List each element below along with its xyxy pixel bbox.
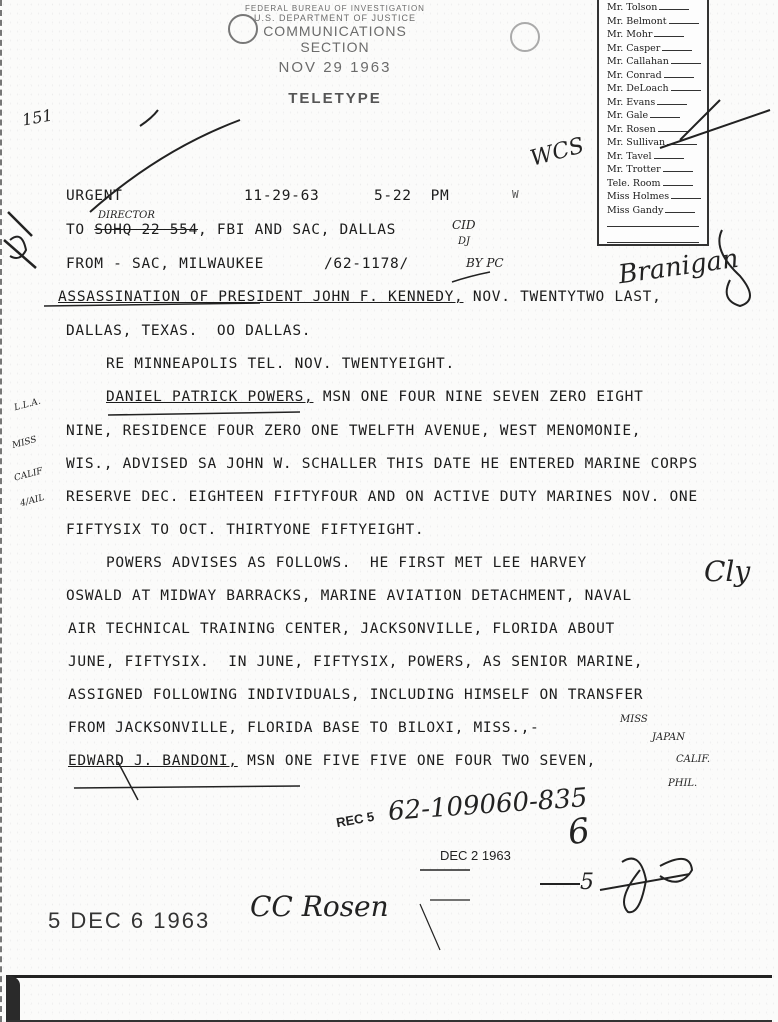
routing-name-label: Mr. Trotter xyxy=(607,164,661,175)
stamp-agency: FEDERAL BUREAU OF INVESTIGATION xyxy=(240,4,430,13)
body-line: FROM JACKSONVILLE, FLORIDA BASE TO BILOX… xyxy=(68,720,540,736)
initial-blank xyxy=(665,212,695,213)
initial-blank xyxy=(659,9,689,10)
rec-stamp: REC 5 xyxy=(335,809,375,830)
stamp-section: COMMUNICATIONS SECTION xyxy=(240,23,430,55)
initial-blank xyxy=(658,131,688,132)
routing-name: Mr. Tavel xyxy=(607,150,707,164)
stamp-date: NOV 29 1963 xyxy=(240,59,430,76)
handwritten-mid-3: BY PC xyxy=(466,256,504,270)
routing-name-label: Mr. Tavel xyxy=(607,151,652,162)
received-date-stamp: DEC 2 1963 xyxy=(440,848,511,863)
initial-blank xyxy=(663,171,693,172)
file-suffix-handwritten: 6 xyxy=(565,811,592,854)
routing-name-label: Mr. Gale xyxy=(607,110,648,121)
from-line: FROM - SAC, MILWAUKEE xyxy=(66,256,264,272)
routing-name: Mr. Callahan xyxy=(607,55,707,69)
page-mark: 5 xyxy=(580,870,594,895)
routing-name: Mr. Trotter xyxy=(607,163,707,177)
body-line: OSWALD AT MIDWAY BARRACKS, MARINE AVIATI… xyxy=(66,588,632,604)
body-line: POWERS ADVISES AS FOLLOWS. HE FIRST MET … xyxy=(106,555,587,571)
routing-name-label: Mr. Belmont xyxy=(607,16,667,27)
initial-blank xyxy=(671,90,701,91)
routing-slip: Mr. TolsonMr. BelmontMr. MohrMr. CasperM… xyxy=(597,0,709,246)
route-marker: W xyxy=(512,188,519,201)
initial-blank xyxy=(663,185,693,186)
initial-blank xyxy=(657,104,687,105)
priority: URGENT xyxy=(66,188,123,204)
file-number: /62-1178/ xyxy=(324,256,409,272)
handwritten-signature: Branigan xyxy=(617,244,741,291)
routing-name-label: Mr. Tolson xyxy=(607,2,657,13)
stamp-seal-icon xyxy=(510,22,540,52)
routing-name-label: Miss Holmes xyxy=(607,191,669,202)
body-line: ASSIGNED FOLLOWING INDIVIDUALS, INCLUDIN… xyxy=(68,687,643,703)
routing-name-label: Mr. Casper xyxy=(607,43,660,54)
subject-line: ASSASSINATION OF PRESIDENT JOHN F. KENNE… xyxy=(58,289,662,305)
body-line: RESERVE DEC. EIGHTEEN FIFTYFOUR AND ON A… xyxy=(66,489,698,505)
routing-name-label: Mr. Sullivan xyxy=(607,137,665,148)
stamp-type: TELETYPE xyxy=(240,90,430,107)
handwritten-mid-1: CID xyxy=(452,218,476,232)
subject-date: NOV. TWENTYTWO LAST, xyxy=(463,289,661,305)
body-line: WIS., ADVISED SA JOHN W. SCHALLER THIS D… xyxy=(66,456,698,472)
to-recipients: , FBI AND SAC, DALLAS xyxy=(198,222,396,238)
individual-name: EDWARD J. BANDONI, xyxy=(68,753,238,769)
routing-name: Mr. Conrad xyxy=(607,69,707,83)
file-number-handwritten: 62-109060-835 xyxy=(387,783,588,827)
margin-note: CALIF. xyxy=(676,754,710,765)
stamp-department: U.S. DEPARTMENT OF JUSTICE xyxy=(240,13,430,23)
initial-blank xyxy=(669,23,699,24)
routing-name: Mr. Evans xyxy=(607,96,707,110)
routing-name: Miss Holmes xyxy=(607,190,707,204)
routing-name: Mr. Rosen xyxy=(607,123,707,137)
body-line: AIR TECHNICAL TRAINING CENTER, JACKSONVI… xyxy=(68,621,615,637)
handwritten-initials: WCS xyxy=(528,133,587,171)
message-time: 5-22 PM xyxy=(374,188,449,204)
to-line: TO SOHQ 22 554, FBI AND SAC, DALLAS xyxy=(66,222,396,238)
routing-name-label: Mr. Mohr xyxy=(607,29,652,40)
body-line: RE MINNEAPOLIS TEL. NOV. TWENTYEIGHT. xyxy=(106,356,455,372)
margin-note: CALIF xyxy=(13,466,44,483)
bottom-handwritten-note: CC Rosen xyxy=(250,890,389,923)
teletype-received-stamp: FEDERAL BUREAU OF INVESTIGATION U.S. DEP… xyxy=(240,4,430,107)
routing-name-label: Tele. Room xyxy=(607,178,661,189)
routing-name: Tele. Room xyxy=(607,177,707,191)
body-line: JUNE, FIFTYSIX. IN JUNE, FIFTYSIX, POWER… xyxy=(68,654,643,670)
margin-note: JAPAN xyxy=(652,732,685,743)
subject-name: DANIEL PATRICK POWERS, xyxy=(106,389,313,405)
scan-edge xyxy=(0,0,6,1022)
routing-name: Mr. DeLoach xyxy=(607,82,707,96)
bottom-date-stamp: 5 DEC 6 1963 xyxy=(48,908,210,934)
handwritten-note: 151 xyxy=(21,105,54,129)
routing-name: Mr. Casper xyxy=(607,42,707,56)
message-date: 11-29-63 xyxy=(244,188,319,204)
routing-name: Mr. Sullivan xyxy=(607,136,707,150)
routing-name: Mr. Mohr xyxy=(607,28,707,42)
body-line: DALLAS, TEXAS. OO DALLAS. xyxy=(66,323,311,339)
teletype-message: URGENT 11-29-63 5-22 PM W TO SOHQ 22 554… xyxy=(66,188,85,588)
routing-name: Mr. Tolson xyxy=(607,1,707,15)
margin-note: PHIL. xyxy=(668,778,697,789)
subject-title: ASSASSINATION OF PRESIDENT JOHN F. KENNE… xyxy=(58,289,463,305)
handwritten-initials-right: Cly xyxy=(704,555,750,588)
routing-name-label: Miss Gandy xyxy=(607,205,663,216)
initial-blank xyxy=(662,50,692,51)
initial-blank xyxy=(664,77,694,78)
handwritten-mid-2: DJ xyxy=(458,236,470,247)
body-line: EDWARD J. BANDONI, MSN ONE FIVE FIVE ONE… xyxy=(68,753,596,769)
routing-name-label: Mr. Callahan xyxy=(607,56,669,67)
routing-name: Mr. Gale xyxy=(607,109,707,123)
initial-blank xyxy=(650,117,680,118)
initial-blank xyxy=(667,144,697,145)
scan-artifact xyxy=(6,975,20,1020)
routing-name-label: Mr. Rosen xyxy=(607,124,656,135)
initial-blank xyxy=(654,36,684,37)
routing-name: Miss Gandy xyxy=(607,204,707,218)
initial-blank xyxy=(654,158,684,159)
margin-note: MISS xyxy=(11,435,38,451)
margin-note: L.L.A. xyxy=(13,397,42,414)
routing-name: Mr. Belmont xyxy=(607,15,707,29)
routing-name-label: Mr. Evans xyxy=(607,97,655,108)
body-line: NINE, RESIDENCE FOUR ZERO ONE TWELFTH AV… xyxy=(66,423,641,439)
to-struck-address: SOHQ 22 554 xyxy=(94,222,198,238)
service-number: MSN ONE FOUR NINE SEVEN ZERO EIGHT xyxy=(313,389,643,405)
to-prefix: TO xyxy=(66,222,85,238)
margin-note: 4/AIL xyxy=(19,493,46,509)
handwritten-director: DIRECTOR xyxy=(98,210,155,221)
body-line: FIFTYSIX TO OCT. THIRTYONE FIFTYEIGHT. xyxy=(66,522,424,538)
service-number: MSN ONE FIVE FIVE ONE FOUR TWO SEVEN, xyxy=(238,753,596,769)
routing-name-label: Mr. Conrad xyxy=(607,70,662,81)
routing-name-label: Mr. DeLoach xyxy=(607,83,669,94)
page-bottom-border xyxy=(6,975,772,1022)
body-line: DANIEL PATRICK POWERS, MSN ONE FOUR NINE… xyxy=(106,389,644,405)
margin-note: MISS xyxy=(620,714,648,725)
initial-blank xyxy=(671,63,701,64)
initial-blank xyxy=(671,198,701,199)
